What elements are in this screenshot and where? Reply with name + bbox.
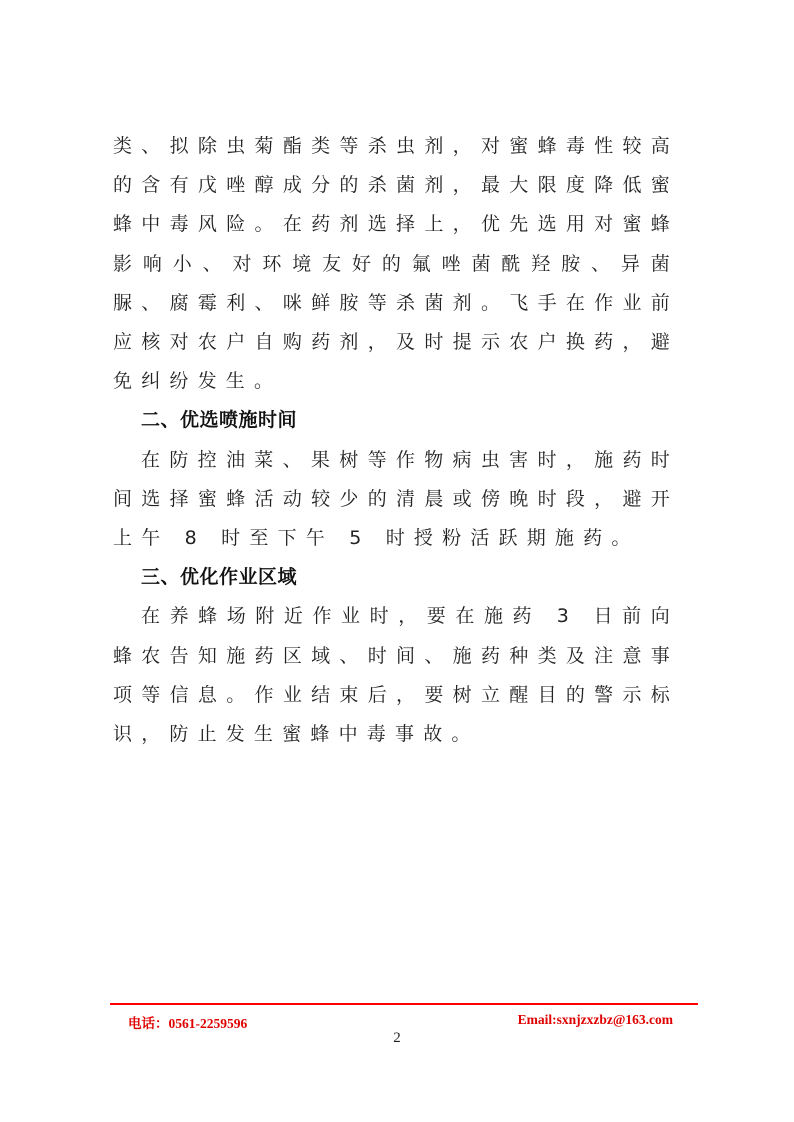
document-body: 类、拟除虫菊酯类等杀虫剂，对蜜蜂毒性较高的含有戊唑醇成分的杀菌剂，最大限度降低蜜… [113,127,679,754]
paragraph-spray-timing: 在防控油菜、果树等作物病虫害时，施药时间选择蜜蜂活动较少的清晨或傍晚时段，避开上… [113,441,679,559]
footer-phone: 电话：0561-2259596 [128,1012,247,1032]
footer-email: Email:sxnjzxzbz@163.com [518,1012,673,1028]
paragraph-pesticide-selection: 类、拟除虫菊酯类等杀虫剂，对蜜蜂毒性较高的含有戊唑醇成分的杀菌剂，最大限度降低蜜… [113,127,679,401]
document-page: 类、拟除虫菊酯类等杀虫剂，对蜜蜂毒性较高的含有戊唑醇成分的杀菌剂，最大限度降低蜜… [0,0,794,1122]
page-number: 2 [0,1030,794,1047]
paragraph-work-area: 在养蜂场附近作业时，要在施药 3 日前向蜂农告知施药区域、时间、施药种类及注意事… [113,597,679,754]
section-heading-spray-timing: 二、优选喷施时间 [113,401,679,440]
footer-divider [110,1003,698,1005]
section-heading-work-area: 三、优化作业区域 [113,558,679,597]
